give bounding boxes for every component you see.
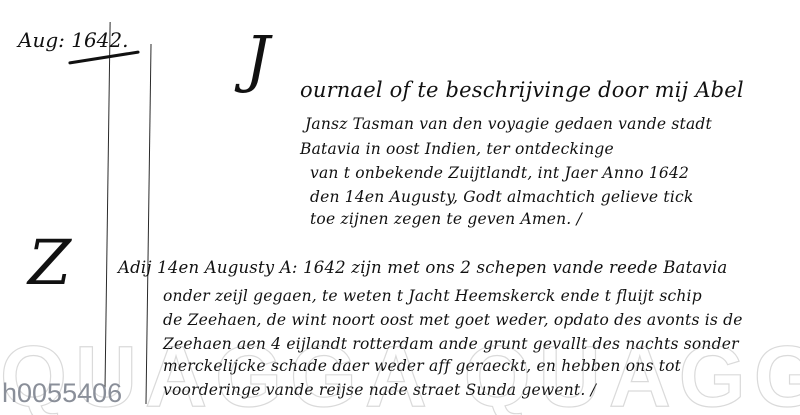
date-flourish: [68, 50, 140, 64]
heading-initial: J: [245, 28, 270, 90]
entry-line-2: onder zeijl gegaen, te weten t Jacht Hee…: [163, 287, 702, 305]
entry-line-1: Adij 14en Augusty A: 1642 zijn met ons 2…: [118, 258, 727, 277]
manuscript-page: Aug: 1642. J ournael of te beschrijvinge…: [0, 0, 800, 415]
heading-line-1: ournael of te beschrijvinge door mij Abe…: [300, 78, 744, 102]
heading-line-3: Batavia in oost Indien, ter ontdeckinge: [300, 140, 614, 158]
entry-line-6: voorderinge vande reijse nade straet Sun…: [163, 381, 596, 399]
entry-line-5: merckelijcke schade daer weder aff gerae…: [163, 357, 681, 375]
image-id-label: h0055406: [2, 378, 122, 409]
heading-line-5: den 14en Augusty, Godt almachtich geliev…: [310, 188, 694, 206]
margin-rule-left: [104, 22, 110, 397]
entry-line-3: de Zeehaen, de wint noort oost met goet …: [163, 311, 743, 329]
entry-line-4: Zeehaen aen 4 eijlandt rotterdam ande gr…: [163, 335, 739, 353]
heading-line-4: van t onbekende Zuijtlandt, int Jaer Ann…: [310, 164, 689, 182]
margin-rule-right: [145, 44, 151, 404]
margin-date: Aug: 1642.: [18, 28, 128, 52]
entry-initial: Z: [28, 232, 71, 294]
heading-line-6: toe zijnen zegen te geven Amen. /: [310, 210, 582, 228]
heading-line-2: Jansz Tasman van den voyagie gedaen vand…: [305, 115, 712, 133]
